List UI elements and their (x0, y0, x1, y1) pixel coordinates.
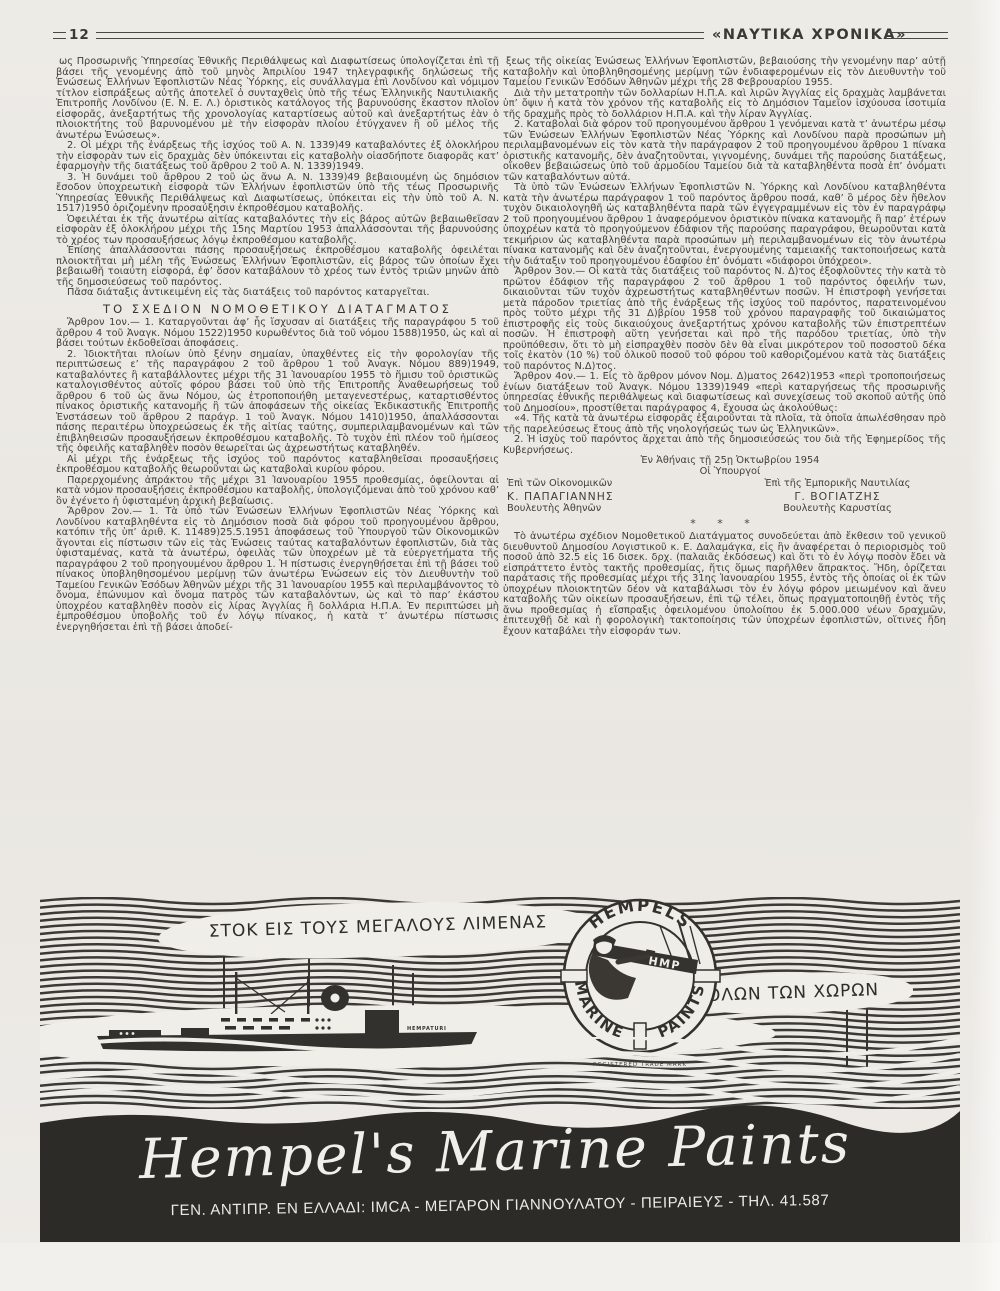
paragraph: Ἄρθρον 1ον.— 1. Καταργοῦνται ἀφ’ ἧς ἴσχυ… (56, 318, 499, 350)
signature-role: Βουλευτὴς Καρυστίας (729, 504, 946, 515)
ship-name-label: HEMPATURI (407, 1026, 447, 1032)
page-header: 12 «ΝΑΥΤΙΚΑ ΧΡΟΝΙΚΑ» (0, 26, 1000, 48)
paragraph: 3. Ἡ δυνάμει τοῦ ἄρθρου 2 τοῦ ὡς ἄνω Α. … (56, 173, 499, 215)
paragraph: Τὰ ὑπὸ τῶν Ἑνώσεων Ἑλλήνων Ἐφοπλιστῶν Ν.… (503, 183, 946, 267)
signature-name: Γ. ΒΟΓΙΑΤΖΗΣ (729, 492, 946, 503)
paragraph: Τὸ ἀνωτέρω σχέδιον Νομοθετικοῦ Διατάγματ… (503, 532, 946, 637)
signature-role: Βουλευτὴς Ἀθηνῶν (507, 504, 724, 515)
paragraph: Ὀφειλέται ἐκ τῆς ἀνωτέρω αἰτίας καταβαλό… (56, 215, 499, 247)
paragraph: Ἄρθρον 4ον.— 1. Εἰς τὸ ἄρθρον μόνον Νομ.… (503, 372, 946, 414)
hempel-advertisement: ΣΤΟΚ ΕΙΣ ΤΟΥΣ ΜΕΓΑΛΟΥΣ ΛΙΜΕΝΑΣ ΟΛΩΝ ΤΩΝ … (40, 897, 960, 1242)
paragraph: 2. Ἰδιοκτῆται πλοίων ὑπὸ ξένην σημαίαν, … (56, 350, 499, 455)
page-number: 12 (69, 27, 90, 43)
date-line: Ἐν Ἀθήναις τῇ 25ῃ Ὀκτωβρίου 1954 (503, 456, 946, 467)
paragraph: Παρερχομένης ἀπράκτου τῆς μέχρι 31 Ἰανου… (56, 476, 499, 508)
signature-left: Ἐπὶ τῶν Οἰκονομικῶν Κ. ΠΑΠΑΓΙΑΝΝΗΣ Βουλε… (503, 479, 724, 515)
masthead-title: «ΝΑΥΤΙΚΑ ΧΡΟΝΙΚΑ» (712, 27, 907, 43)
paragraph: 2. Οἱ μέχρι τῆς ἐνάρξεως τῆς ἰσχύος τοῦ … (56, 141, 499, 173)
paragraph: ως Προσωρινῆς Ὑπηρεσίας Ἐθνικῆς Περιθάλψ… (56, 57, 499, 141)
ministers-line: Οἱ Ὑπουργοί (503, 467, 946, 478)
paragraph: ξεως τῆς οἰκείας Ἑνώσεως Ἑλλήνων Ἐφοπλισ… (503, 57, 946, 89)
header-rule-left (53, 32, 66, 39)
signature-name: Κ. ΠΑΠΑΓΙΑΝΝΗΣ (507, 492, 724, 503)
paragraph: Ἐπίσης ἀπαλλάσσονται πάσης προσαυξήσεως … (56, 246, 499, 288)
paragraph: Διὰ τὴν μετατροπὴν τῶν δολλαρίων Η.Π.Α. … (503, 89, 946, 121)
star-separator: * * * (503, 519, 946, 530)
signature-right: Ἐπὶ τῆς Ἐμπορικῆς Ναυτιλίας Γ. ΒΟΓΙΑΤΖΗΣ… (729, 479, 946, 515)
article-column-left: ως Προσωρινῆς Ὑπηρεσίας Ἐθνικῆς Περιθάλψ… (56, 57, 499, 633)
header-rule-middle (96, 32, 704, 39)
signature-block: Ἐπὶ τῶν Οἰκονομικῶν Κ. ΠΑΠΑΓΙΑΝΝΗΣ Βουλε… (503, 479, 946, 515)
paragraph: Πᾶσα διάταξις ἀντικειμένη εἰς τὰς διατάξ… (56, 288, 499, 299)
paragraph: Ἄρθρον 3ον.— Οἱ κατὰ τὰς διατάξεις τοῦ π… (503, 267, 946, 372)
paragraph: Ἄρθρον 2ον.— 1. Τὰ ὑπὸ τῶν Ἑνώσεων Ἑλλήν… (56, 507, 499, 633)
signature-title: Ἐπὶ τῆς Ἐμπορικῆς Ναυτιλίας (729, 479, 946, 490)
paragraph: «4. Τῆς κατὰ τὰ ἀνωτέρω εἰσφορᾶς ἐξαιροῦ… (503, 414, 946, 435)
page-edge-highlight (970, 0, 1000, 1291)
paragraph: Αἱ μέχρι τῆς ἐνάρξεως τῆς ἰσχύος τοῦ παρ… (56, 455, 499, 476)
header-rule-right (886, 32, 948, 39)
signature-title: Ἐπὶ τῶν Οἰκονομικῶν (507, 479, 724, 490)
article-column-right: ξεως τῆς οἰκείας Ἑνώσεως Ἑλλήνων Ἐφοπλισ… (503, 57, 946, 637)
page-bottom-margin (0, 1243, 1000, 1291)
paragraph: 2. Καταβολαὶ διὰ φόρον τοῦ προηγουμένου … (503, 120, 946, 183)
section-heading: ΤΟ ΣΧΕΔΙΟΝ ΝΟΜΟΘΕΤΙΚΟΥ ΔΙΑΤΑΓΜΑΤΟΣ (56, 304, 499, 315)
magazine-page: 12 «ΝΑΥΤΙΚΑ ΧΡΟΝΙΚΑ» ως Προσωρινῆς Ὑπηρε… (0, 0, 1000, 1291)
paragraph: 2. Ἡ ἰσχὺς τοῦ παρόντος ἄρχεται ἀπὸ τῆς … (503, 435, 946, 456)
